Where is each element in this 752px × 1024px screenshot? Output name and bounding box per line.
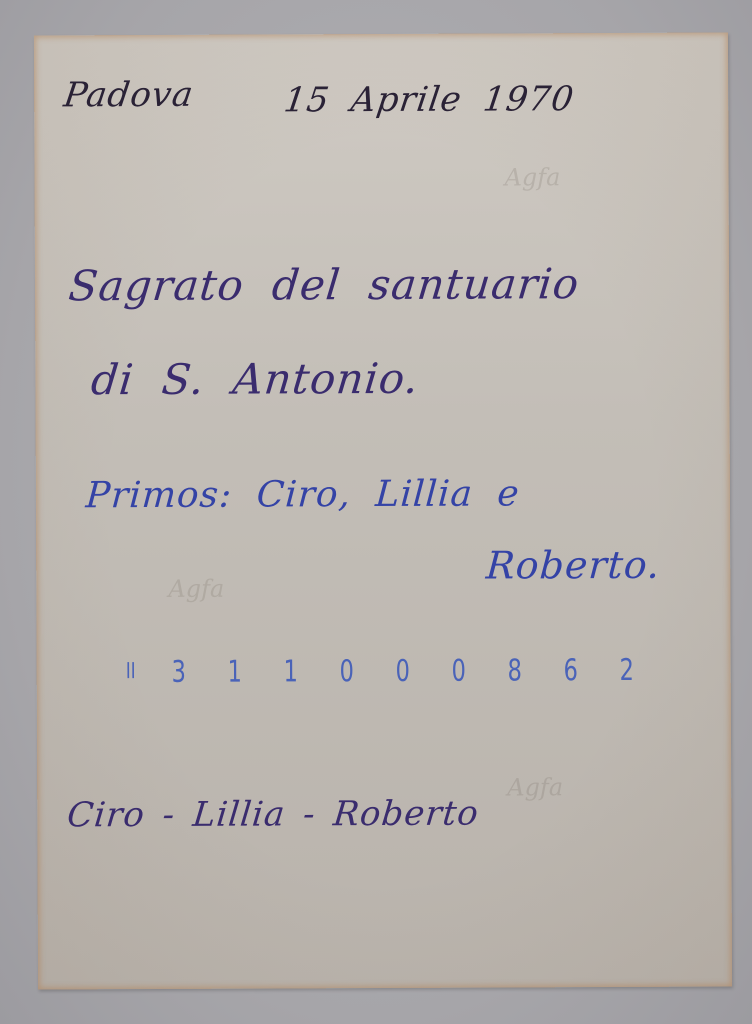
stamp-digit: 0 [326, 654, 368, 689]
cousins-line-2: Roberto. [485, 543, 662, 588]
faint-paper-watermark: Agfa [168, 575, 224, 603]
caption-line-1: Sagrato del santuario [67, 259, 582, 310]
photo-back-card: Agfa Agfa Agfa Padova 15 Aprile 1970 Sag… [34, 32, 732, 989]
stamp-digit: 1 [214, 655, 256, 690]
serial-number-stamp: II 3 1 1 0 0 0 8 6 2 [111, 653, 655, 690]
faint-paper-watermark: Agfa [504, 163, 560, 191]
place-text: Padova [61, 75, 196, 116]
stamp-digit: 0 [382, 654, 424, 689]
faint-paper-watermark: Agfa [507, 773, 563, 801]
caption-line-2: di S. Antonio. [89, 354, 422, 404]
stamp-digit: 1 [270, 654, 312, 689]
stamp-digit: 3 [158, 655, 200, 690]
stamp-digit: 8 [494, 653, 536, 688]
stamp-digit: 0 [438, 654, 480, 689]
stamp-prefix: II [116, 655, 146, 690]
stamp-digit: 6 [550, 653, 592, 688]
signature-names: Ciro - Lillia - Roberto [65, 794, 481, 836]
stamp-digit: 2 [606, 653, 648, 688]
cousins-line-1: Primos: Ciro, Lillia e [85, 473, 521, 516]
date-text: 15 Aprile 1970 [281, 79, 576, 120]
